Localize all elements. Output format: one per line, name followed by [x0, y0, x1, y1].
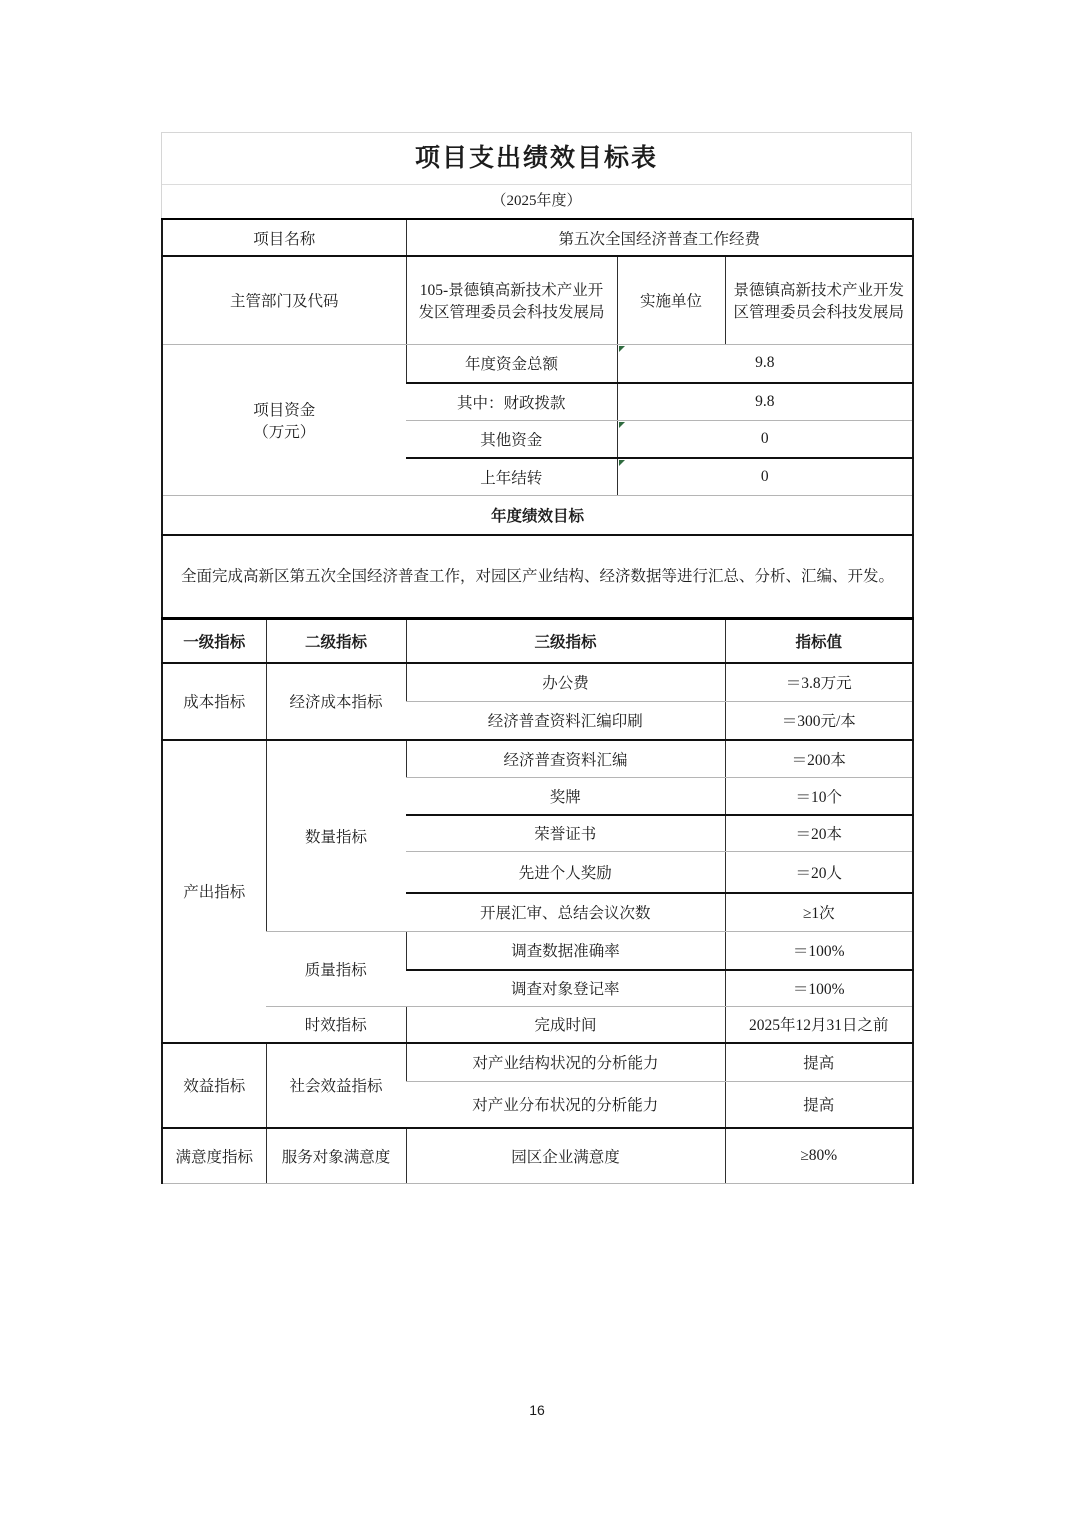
performance-target-document: 项目支出绩效目标表 （2025年度） 项目名称 第五次全国经济普查工作经费 主管…	[161, 132, 912, 1184]
indicators-table: 一级指标 二级指标 三级指标 指标值 成本指标 经济成本指标 办公费 ＝3.8万…	[161, 617, 914, 1184]
header-level2: 二级指标	[266, 619, 406, 663]
indicator-value: ＝3.8万元	[725, 663, 913, 702]
page-number: 16	[0, 1402, 1074, 1418]
indicator-row: 时效指标 完成时间 2025年12月31日之前	[162, 1007, 913, 1043]
project-name-value: 第五次全国经济普查工作经费	[406, 219, 913, 256]
indicator-level3: 对产业结构状况的分析能力	[406, 1043, 725, 1082]
indicator-level3: 开展汇审、总结会议次数	[406, 893, 725, 932]
indicator-value: ＝20本	[725, 815, 913, 852]
funds-row-value-annual-total: 9.8	[617, 344, 913, 383]
funds-row-value-fiscal: 9.8	[617, 383, 913, 420]
indicator-value: 提高	[725, 1043, 913, 1082]
indicator-level3: 对产业分布状况的分析能力	[406, 1082, 725, 1128]
indicator-row: 效益指标 社会效益指标 对产业结构状况的分析能力 提高	[162, 1043, 913, 1082]
indicator-level2-quantity: 数量指标	[266, 740, 406, 932]
funds-row-label-fiscal: 其中：财政拨款	[406, 383, 617, 420]
indicator-level3: 完成时间	[406, 1007, 725, 1043]
impl-label: 实施单位	[617, 256, 725, 344]
indicator-value: ＝10个	[725, 778, 913, 815]
indicator-level3: 先进个人奖励	[406, 852, 725, 893]
indicators-header-row: 一级指标 二级指标 三级指标 指标值	[162, 619, 913, 663]
funds-row-label-carryover: 上年结转	[406, 458, 617, 495]
header-level1: 一级指标	[162, 619, 266, 663]
indicator-level1-satisfaction: 满意度指标	[162, 1128, 266, 1184]
dept-label: 主管部门及代码	[162, 256, 406, 344]
green-corner-marker-icon	[619, 346, 625, 352]
indicator-value: 2025年12月31日之前	[725, 1007, 913, 1043]
funds-row-label-other: 其他资金	[406, 420, 617, 458]
annual-goal-text: 全面完成高新区第五次全国经济普查工作，对园区产业结构、经济数据等进行汇总、分析、…	[162, 535, 913, 617]
indicator-level3: 调查数据准确率	[406, 932, 725, 970]
indicator-level1-output: 产出指标	[162, 740, 266, 1043]
indicator-row: 质量指标 调查数据准确率 ＝100%	[162, 932, 913, 970]
funds-value-text: 9.8	[755, 393, 774, 410]
title-block: 项目支出绩效目标表 （2025年度）	[161, 132, 912, 218]
page-subtitle: （2025年度）	[162, 185, 911, 218]
indicator-level3: 调查对象登记率	[406, 970, 725, 1007]
indicator-level2-timeliness: 时效指标	[266, 1007, 406, 1043]
green-corner-marker-icon	[619, 460, 625, 466]
indicator-level3: 办公费	[406, 663, 725, 702]
indicator-row: 产出指标 数量指标 经济普查资料汇编 ＝200本	[162, 740, 913, 778]
header-value: 指标值	[725, 619, 913, 663]
project-info-table: 项目名称 第五次全国经济普查工作经费 主管部门及代码 105-景德镇高新技术产业…	[161, 218, 914, 617]
indicator-level3: 园区企业满意度	[406, 1128, 725, 1184]
indicator-level2-social-benefit: 社会效益指标	[266, 1043, 406, 1128]
indicator-level1-benefit: 效益指标	[162, 1043, 266, 1128]
annual-goal-header: 年度绩效目标	[162, 495, 913, 535]
indicator-value: 提高	[725, 1082, 913, 1128]
impl-value: 景德镇高新技术产业开发区管理委员会科技发展局	[725, 256, 913, 344]
indicator-value: ＝200本	[725, 740, 913, 778]
funds-value-text: 0	[761, 430, 769, 447]
indicator-row: 成本指标 经济成本指标 办公费 ＝3.8万元	[162, 663, 913, 702]
green-corner-marker-icon	[619, 422, 625, 428]
funds-label-line2: （万元）	[169, 420, 400, 442]
indicator-value: ＝100%	[725, 970, 913, 1007]
funds-value-text: 9.8	[755, 354, 774, 371]
funds-value-text: 0	[761, 468, 769, 485]
indicator-level3: 荣誉证书	[406, 815, 725, 852]
indicator-level3: 经济普查资料汇编印刷	[406, 702, 725, 740]
funds-label-line1: 项目资金	[169, 398, 400, 420]
indicator-level1-cost: 成本指标	[162, 663, 266, 740]
page-title: 项目支出绩效目标表	[162, 133, 911, 185]
header-level3: 三级指标	[406, 619, 725, 663]
project-name-label: 项目名称	[162, 219, 406, 256]
funds-label: 项目资金 （万元）	[162, 344, 406, 495]
indicator-level2-quality: 质量指标	[266, 932, 406, 1007]
funds-row-value-other: 0	[617, 420, 913, 458]
funds-row-label-annual-total: 年度资金总额	[406, 344, 617, 383]
indicator-value: ＝100%	[725, 932, 913, 970]
indicator-value: ≥80%	[725, 1128, 913, 1184]
indicator-level2-service-satisfaction: 服务对象满意度	[266, 1128, 406, 1184]
indicator-level3: 经济普查资料汇编	[406, 740, 725, 778]
indicator-level2-economic-cost: 经济成本指标	[266, 663, 406, 740]
indicator-value: ＝20人	[725, 852, 913, 893]
indicator-row: 满意度指标 服务对象满意度 园区企业满意度 ≥80%	[162, 1128, 913, 1184]
dept-value: 105-景德镇高新技术产业开发区管理委员会科技发展局	[406, 256, 617, 344]
indicator-value: ≥1次	[725, 893, 913, 932]
funds-row-value-carryover: 0	[617, 458, 913, 495]
indicator-level3: 奖牌	[406, 778, 725, 815]
indicator-value: ＝300元/本	[725, 702, 913, 740]
